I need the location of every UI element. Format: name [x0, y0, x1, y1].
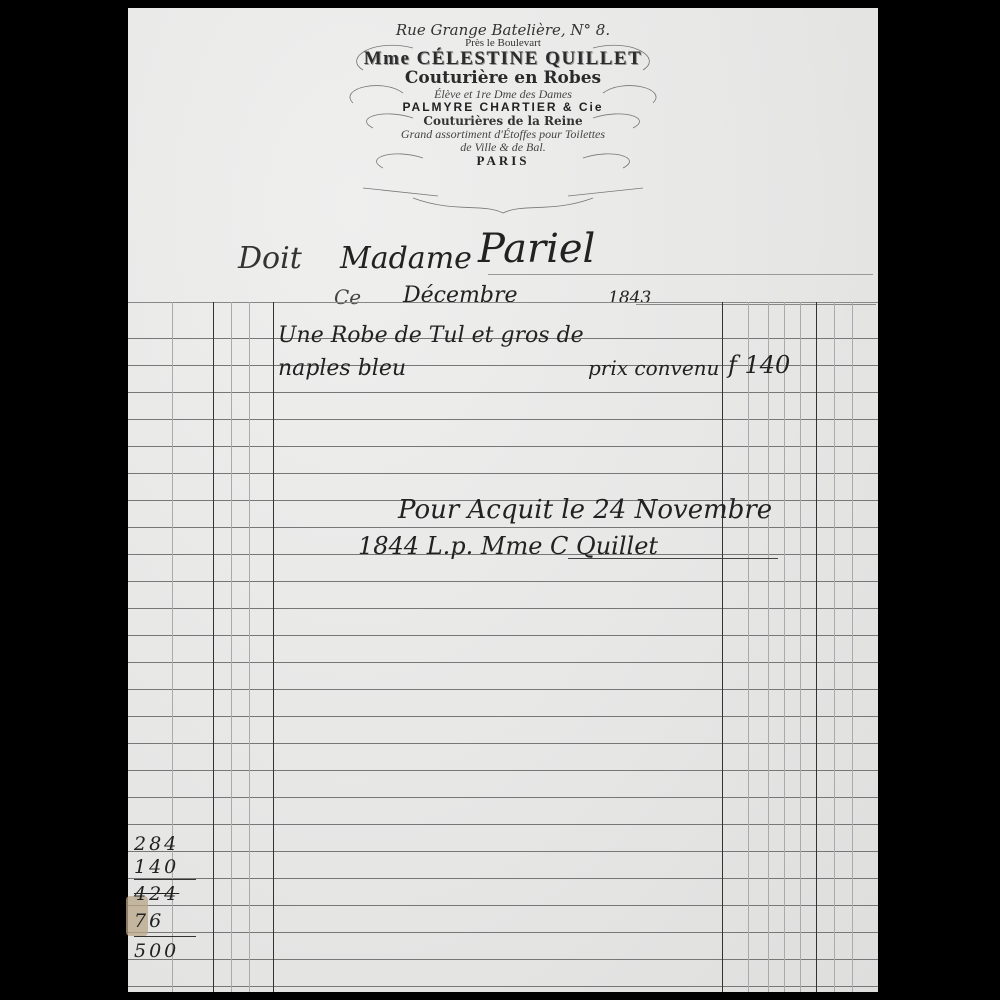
tally-value: 284: [134, 833, 179, 855]
ledger-column-rule: [852, 302, 853, 992]
client-name: Pariel: [478, 226, 595, 272]
ledger-top-rule: [128, 302, 878, 303]
ledger-rule: [128, 905, 878, 906]
madame-label: Madame: [340, 241, 472, 276]
item-description-line-2: naples bleu: [278, 356, 406, 381]
signature-underline: [568, 558, 778, 559]
ledger-column-rule: [231, 302, 232, 992]
ledger-rule: [128, 770, 878, 771]
ledger-column-rule: [748, 302, 749, 992]
date-rule: [636, 304, 876, 305]
tally-sum-rule: [134, 879, 196, 880]
tally-value: 140: [134, 856, 179, 878]
ledger-rule: [128, 581, 878, 582]
tally-value: 424: [134, 883, 179, 905]
ledger-column-rule: [834, 302, 835, 992]
ledger-rule: [128, 851, 878, 852]
ledger-column-rule: [768, 302, 769, 992]
ledger-rule: [128, 473, 878, 474]
ledger-rule: [128, 608, 878, 609]
ledger-rule: [128, 743, 878, 744]
tally-value: 76: [134, 910, 164, 932]
ledger-rule: [128, 878, 878, 879]
letterhead-city: PARIS: [128, 154, 878, 168]
item-price-label: prix convenu: [588, 356, 719, 380]
ledger-rule: [128, 446, 878, 447]
tally-value: 500: [134, 940, 179, 962]
letterhead-assortment-1: Grand assortiment d'Étoffes pour Toilett…: [128, 128, 878, 141]
ledger-column-rule: [816, 302, 817, 992]
date-ce: Ce: [334, 285, 361, 309]
date-month: Décembre: [403, 283, 517, 308]
ledger-column-rule: [249, 302, 250, 992]
ledger-column-rule: [800, 302, 801, 992]
ledger-column-rule: [722, 302, 723, 992]
ledger-column-rule: [213, 302, 214, 992]
tally-sum-rule: [134, 936, 196, 937]
letterhead-partner: PALMYRE CHARTIER & Cie: [128, 101, 878, 114]
ledger-rule: [128, 635, 878, 636]
item-price: f 140: [728, 351, 790, 379]
ledger-rule: [128, 689, 878, 690]
ledger-rule: [128, 824, 878, 825]
letterhead-trade: Couturière en Robes: [128, 69, 878, 88]
ledger-column-rule: [273, 302, 274, 992]
ledger-column-rule: [784, 302, 785, 992]
ledger-rule: [128, 419, 878, 420]
doit-label: Doit: [238, 241, 302, 276]
ledger-rule: [128, 716, 878, 717]
item-description-line-1: Une Robe de Tul et gros de: [278, 323, 584, 348]
receipt-line-2: 1844 L.p. Mme C Quillet: [358, 532, 658, 560]
invoice-paper: Rue Grange Batelière, N° 8. Près le Boul…: [128, 8, 878, 992]
date-year: 1843: [608, 288, 651, 308]
ledger-rule: [128, 662, 878, 663]
header-rule: [488, 274, 873, 275]
ledger-rule: [128, 986, 878, 987]
ledger-rule: [128, 527, 878, 528]
ledger-rule: [128, 392, 878, 393]
letterhead: Rue Grange Batelière, N° 8. Près le Boul…: [128, 22, 878, 168]
letterhead-royal: Couturières de la Reine: [128, 115, 878, 128]
letterhead-name: Mme CÉLESTINE QUILLET: [128, 49, 878, 70]
ledger-rule: [128, 932, 878, 933]
ledger-rule: [128, 797, 878, 798]
receipt-line-1: Pour Acquit le 24 Novembre: [398, 495, 772, 525]
ledger-rule: [128, 959, 878, 960]
letterhead-near: Près le Boulevart: [128, 37, 878, 49]
